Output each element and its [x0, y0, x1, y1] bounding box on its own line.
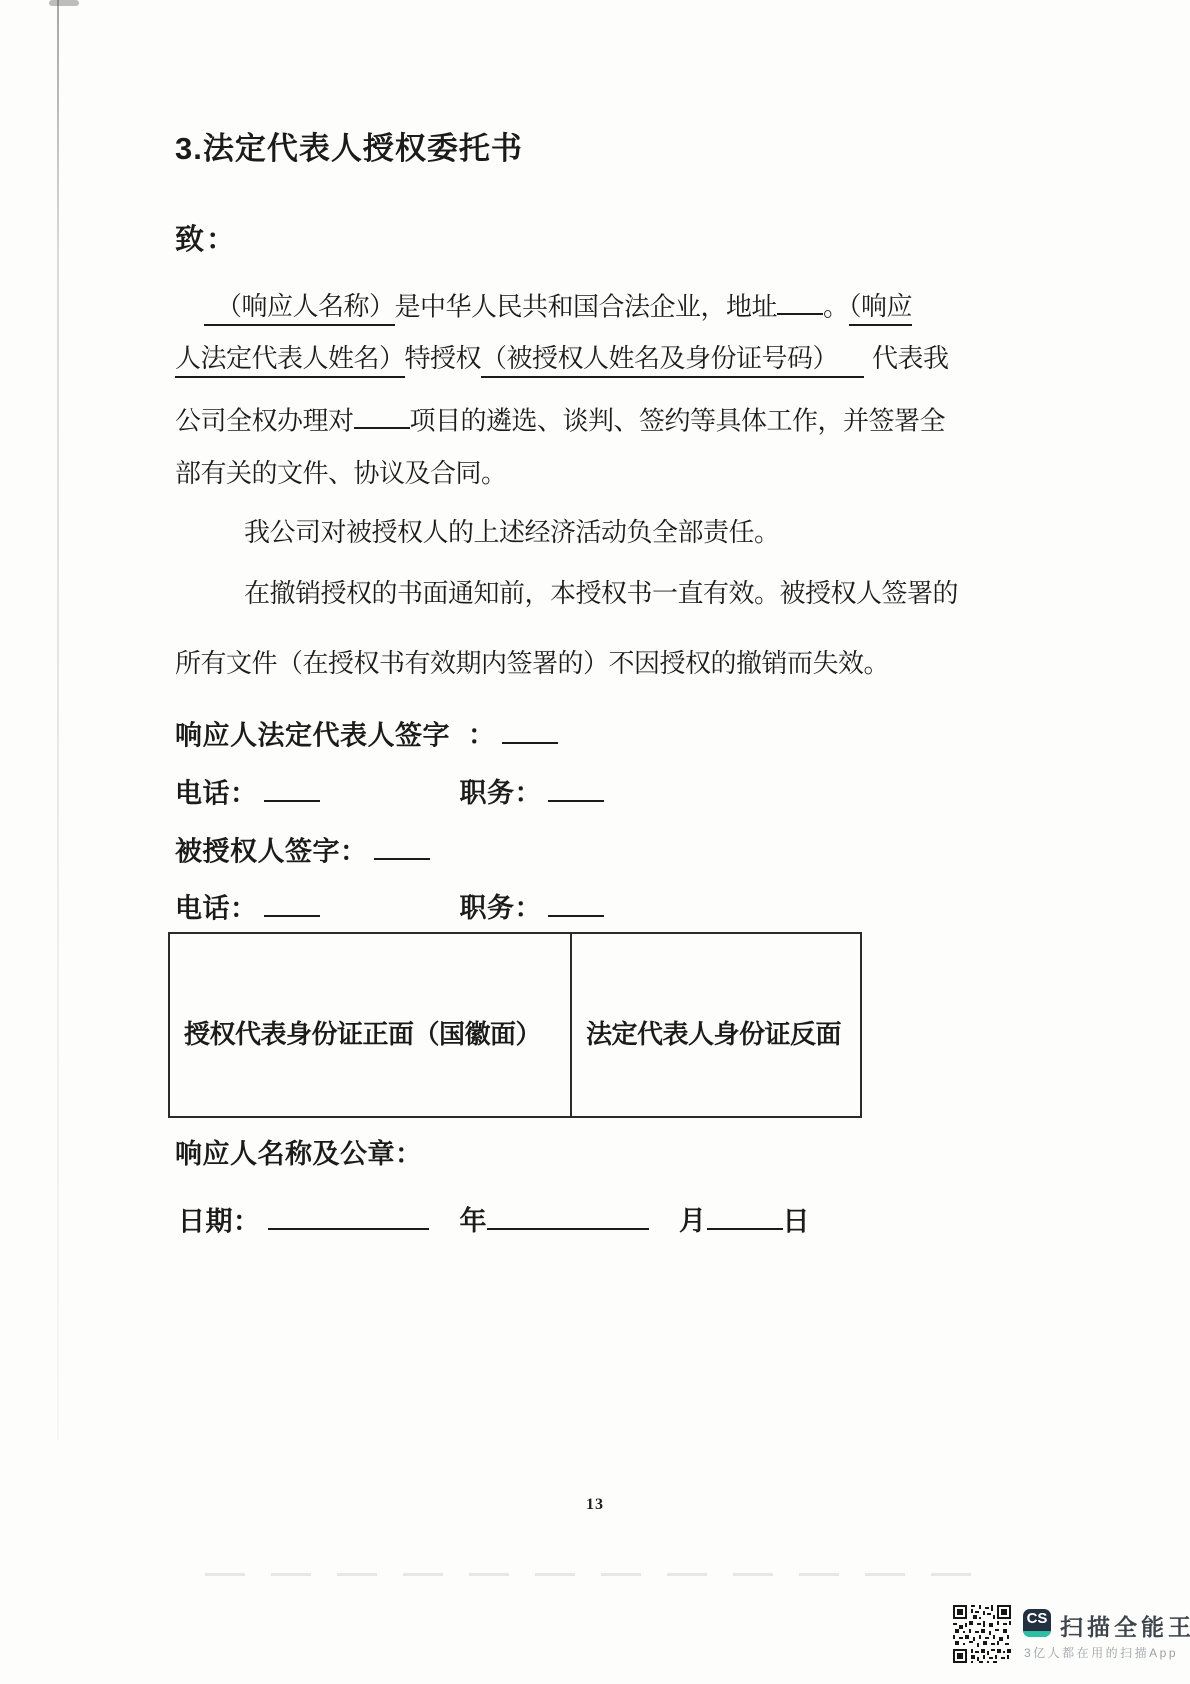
- signature-blank-line: [374, 830, 430, 860]
- paragraph-text: 项目的遴选、谈判、签约等具体工作，并签署全: [410, 406, 946, 435]
- duty-label: 职务：: [460, 778, 543, 808]
- scanner-logo-accent-strip: [1023, 1631, 1051, 1637]
- salutation: 致：: [175, 222, 237, 258]
- duty-label: 职务：: [460, 893, 543, 923]
- scan-edge-line-artifact: [57, 0, 59, 1440]
- authorized-signature-line: 被授权人签字：: [175, 830, 430, 869]
- day-label: 日: [783, 1206, 811, 1236]
- legal-rep-name-placeholder-end: 人法定代表人姓名）: [175, 344, 405, 378]
- paragraph-text: 所有文件（在授权书有效期内签署的）不因授权的撤销而失效。: [175, 649, 889, 678]
- paragraph-text: 特授权: [405, 344, 482, 373]
- paragraph-text: 部有关的文件、协议及合同。: [175, 459, 507, 488]
- legal-rep-signature-line: 响应人法定代表人签字：: [175, 714, 558, 753]
- paragraph-text: 我公司对被授权人的上述经济活动负全部责任。: [244, 518, 780, 547]
- authorized-person-placeholder: （被授权人姓名及身份证号码）: [481, 344, 864, 378]
- phone-blank-line: [264, 772, 320, 802]
- paragraph1-line2: 人法定代表人姓名）特授权（被授权人姓名及身份证号码）代表我: [175, 343, 949, 376]
- duty-blank-line: [548, 887, 604, 917]
- paragraph-text: 。: [823, 292, 849, 321]
- address-blank-line: [777, 286, 823, 315]
- paragraph1-line4: 部有关的文件、协议及合同。: [175, 458, 507, 491]
- id-table-cell-front: 授权代表身份证正面（国徽面）: [170, 934, 572, 1116]
- scanned-document-page: 3.法定代表人授权委托书 致： （响应人名称）是中华人民共和国合法企业，地址。（…: [0, 0, 1190, 1684]
- phone-duty-line-2: 电话：职务：: [175, 887, 604, 926]
- paragraph-text: 在撤销授权的书面通知前，本授权书一直有效。被授权人签署的: [244, 579, 958, 608]
- phone-blank-line: [264, 887, 320, 917]
- seal-label: 响应人名称及公章：: [175, 1139, 423, 1169]
- scanner-app-tagline: 3亿人都在用的扫描App: [1024, 1644, 1178, 1661]
- date-line: 日期：年月日: [178, 1200, 810, 1239]
- phone-label: 电话：: [175, 893, 258, 923]
- document-title: 3.法定代表人授权委托书: [175, 130, 523, 169]
- scan-noise-band: [205, 1573, 995, 1576]
- legal-rep-signature-label: 响应人法定代表人签字: [175, 720, 450, 750]
- paragraph1-line3: 公司全权办理对项目的遴选、谈判、签约等具体工作，并签署全: [175, 400, 945, 438]
- date-blank-3: [707, 1200, 783, 1230]
- date-label: 日期：: [178, 1206, 261, 1236]
- page-number: 13: [0, 1496, 1190, 1514]
- respondent-name-placeholder: （响应人名称）: [204, 292, 395, 326]
- month-label: 月: [679, 1206, 707, 1236]
- date-blank-2: [487, 1200, 649, 1230]
- paragraph1-line1: （响应人名称）是中华人民共和国合法企业，地址。（响应: [204, 286, 912, 324]
- scan-edge-smudge: [49, 0, 79, 6]
- paragraph3-line1: 在撤销授权的书面通知前，本授权书一直有效。被授权人签署的: [244, 578, 958, 611]
- seal-line: 响应人名称及公章：: [175, 1138, 423, 1172]
- project-blank-line: [354, 400, 410, 429]
- paragraph-text: 代表我: [872, 344, 949, 373]
- scanner-logo-text: CS: [1023, 1610, 1051, 1627]
- year-label: 年: [460, 1206, 488, 1236]
- date-blank-1: [268, 1200, 429, 1230]
- qr-code: [953, 1604, 1011, 1664]
- legal-rep-name-placeholder-start: （响应: [849, 292, 913, 326]
- paragraph2: 我公司对被授权人的上述经济活动负全部责任。: [244, 517, 780, 550]
- scanner-app-name: 扫描全能王: [1060, 1609, 1190, 1642]
- scanner-app-logo: CS: [1023, 1609, 1051, 1637]
- paragraph-text: 公司全权办理对: [175, 406, 354, 435]
- paragraph3-line2: 所有文件（在授权书有效期内签署的）不因授权的撤销而失效。: [175, 648, 889, 681]
- phone-label: 电话：: [175, 778, 258, 808]
- id-table-cell-back: 法定代表人身份证反面: [572, 934, 860, 1116]
- authorized-signature-label: 被授权人签字：: [175, 836, 368, 866]
- colon: ：: [468, 720, 496, 750]
- duty-blank-line: [548, 772, 604, 802]
- phone-duty-line-1: 电话：职务：: [175, 772, 604, 811]
- id-photo-table: 授权代表身份证正面（国徽面） 法定代表人身份证反面: [168, 932, 862, 1118]
- paragraph-text: 是中华人民共和国合法企业，地址: [395, 292, 778, 321]
- signature-blank-line: [502, 714, 558, 744]
